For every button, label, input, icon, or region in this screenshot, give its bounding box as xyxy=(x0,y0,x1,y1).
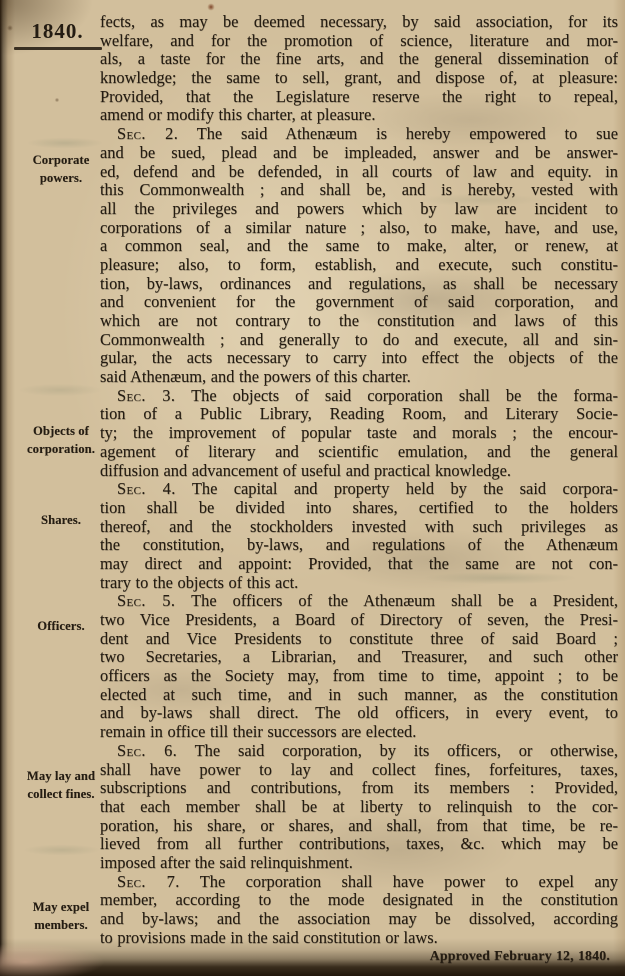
text-line: subscriptions and contributions, from it… xyxy=(100,779,618,798)
text-line: remain in office till their successors a… xyxy=(100,723,618,742)
paragraph-continuation: fects, as may be deemed necessary, by sa… xyxy=(100,13,618,125)
text-line: Sec. 2. The said Athenæum is hereby empo… xyxy=(100,125,618,144)
text-line: welfare, and for the promotion of scienc… xyxy=(100,32,618,51)
paragraph-sec-5: Sec. 5. The officers of the Athenæum sha… xyxy=(100,592,618,742)
text-line: and by-laws; and the association may be … xyxy=(100,910,618,929)
text-line: imposed after the said relinquishment. xyxy=(100,854,618,873)
text-line: which are not contrary to the constituti… xyxy=(100,312,618,331)
text-line: Provided, that the Legislature reserve t… xyxy=(100,88,618,107)
text-line: all the privileges and powers which by l… xyxy=(100,200,618,219)
section-number: Sec. 6. xyxy=(117,742,177,760)
text-line: tion of a Public Library, Reading Room, … xyxy=(100,405,618,424)
paragraph-sec-2: Sec. 2. The said Athenæum is hereby empo… xyxy=(100,125,618,387)
text-line: Sec. 3. The objects of said corporation … xyxy=(100,387,618,406)
text-line: to provisions made in the said constitut… xyxy=(100,929,618,948)
text-line: knowledge; the same to sell, grant, and … xyxy=(100,69,618,88)
text-line: tion shall be divided into shares, certi… xyxy=(100,499,618,518)
section-number: Sec. 5. xyxy=(117,592,175,610)
text-line: that each member shall be at liberty to … xyxy=(100,798,618,817)
text-line: gular, the acts necessary to carry into … xyxy=(100,349,618,368)
paragraph-sec-4: Sec. 4. The capital and property held by… xyxy=(100,480,618,592)
section-number: Sec. 4. xyxy=(117,480,176,498)
text-line: officers as the Society may, from time t… xyxy=(100,667,618,686)
text-line: poration, his share, or shares, and shal… xyxy=(100,817,618,836)
text-line: ed, defend and be defended, in all court… xyxy=(100,163,618,182)
section-number: Sec. 3. xyxy=(117,387,175,405)
paragraph-sec-7: Sec. 7. The corporation shall have power… xyxy=(100,873,618,948)
text-line: shall have power to lay and collect fine… xyxy=(100,761,618,780)
text-line: the constitution, by-laws, and regulatio… xyxy=(100,536,618,555)
text-line: and by-laws shall direct. The old office… xyxy=(100,704,618,723)
text-line: dent and Vice Presidents to constitute t… xyxy=(100,630,618,649)
paragraph-sec-3: Sec. 3. The objects of said corporation … xyxy=(100,387,618,480)
text-line: agement of literary and scientific emula… xyxy=(100,443,618,462)
text-line: Sec. 6. The said corporation, by its off… xyxy=(100,742,618,761)
text-line: may direct and appoint: Provided, that t… xyxy=(100,555,618,574)
text-line: two Secretaries, a Librarian, and Treasu… xyxy=(100,648,618,667)
text-line: trary to the objects of this act. xyxy=(100,574,618,593)
paragraph-sec-6: Sec. 6. The said corporation, by its off… xyxy=(100,742,618,873)
section-number: Sec. 2. xyxy=(117,125,178,143)
text-line: diffusion and advancement of useful and … xyxy=(100,462,618,481)
text-line: member, according to the mode designated… xyxy=(100,891,618,910)
text-line: said Athenæum, and the powers of this ch… xyxy=(100,368,618,387)
text-line: and convenient for the government of sai… xyxy=(100,293,618,312)
scanned-book-page: 1840. Corporatepowers.Objects ofcorporat… xyxy=(0,0,625,976)
text-line: two Vice Presidents, a Board of Director… xyxy=(100,611,618,630)
text-line: Sec. 5. The officers of the Athenæum sha… xyxy=(100,592,618,611)
text-line: als, a taste for the fine arts, and the … xyxy=(100,50,618,69)
text-line: elected at such time, and in such manner… xyxy=(100,686,618,705)
section-number: Sec. 7. xyxy=(117,873,180,891)
text-line: Sec. 7. The corporation shall have power… xyxy=(100,873,618,892)
text-line: lieved from all further contributions, t… xyxy=(100,835,618,854)
text-column: fects, as may be deemed necessary, by sa… xyxy=(100,13,618,965)
text-line: amend or modify this charter, at pleasur… xyxy=(100,106,618,125)
text-line: tion, by-laws, ordinances and regulation… xyxy=(100,275,618,294)
approval-line: Approved February 12, 1840. xyxy=(100,947,618,965)
text-line: Commonwealth ; and generally to do and e… xyxy=(100,331,618,350)
text-line: this Commonwealth ; and shall be, and is… xyxy=(100,181,618,200)
text-line: corporations of a similar nature ; also,… xyxy=(100,219,618,238)
text-line: fects, as may be deemed necessary, by sa… xyxy=(100,13,618,32)
text-line: ty; the improvement of popular taste and… xyxy=(100,424,618,443)
text-line: thereof, and the stockholders invested w… xyxy=(100,518,618,537)
text-line: and be sued, plead and be impleaded, ans… xyxy=(100,144,618,163)
text-line: Sec. 4. The capital and property held by… xyxy=(100,480,618,499)
text-line: a common seal, and the same to make, alt… xyxy=(100,237,618,256)
text-line: pleasure; also, to form, establish, and … xyxy=(100,256,618,275)
